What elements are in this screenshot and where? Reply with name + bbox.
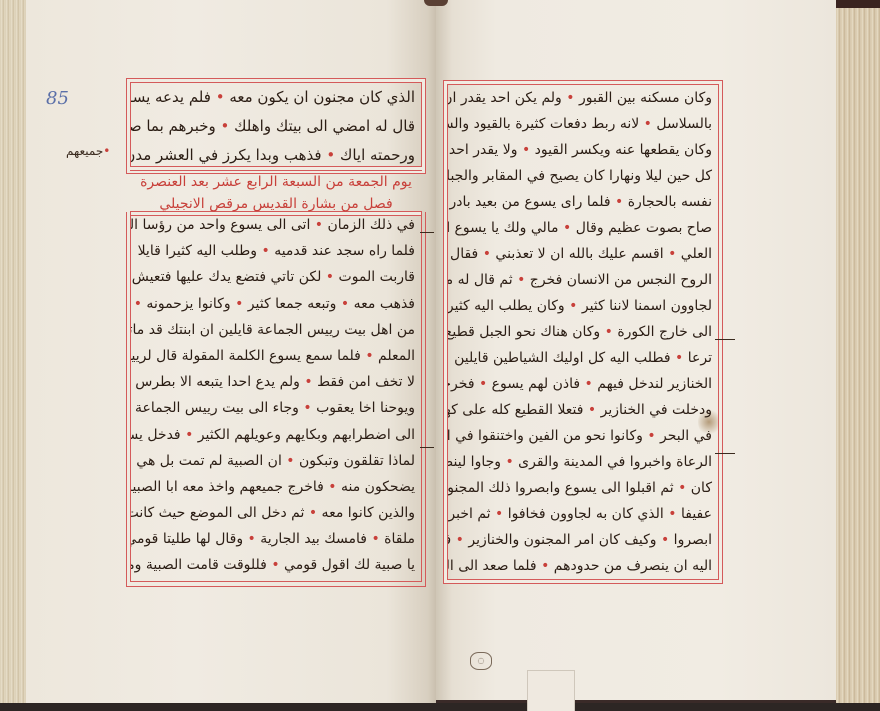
text-line: صاح بصوت عظيم وقال • مالي ولك يا يسوع اب… <box>448 215 718 241</box>
text-line: لماذا تقلقون وتبكون • ان الصبية لم تمت ب… <box>131 448 421 474</box>
text-line: وكان مسكنه بين القبور • ولم يكن احد يقدر… <box>448 85 718 111</box>
text-line: كان • ثم اقبلوا الى يسوع وابصروا ذلك الم… <box>448 475 718 501</box>
text-line: يا صبية لك اقول قومي • فللوقت قامت الصبي… <box>131 552 421 578</box>
verse-divider-mark: • <box>326 269 334 285</box>
verse-divider-mark: • <box>328 479 336 495</box>
verse-divider-mark: • <box>675 350 683 366</box>
background-surface <box>0 703 880 711</box>
left-top-text-block: الذي كان مجنون ان يكون معه • فلم يدعه يس… <box>130 82 422 170</box>
text-line: ورحمته اياك • فذهب وبدا يكرز في العشر مد… <box>131 141 421 170</box>
margin-stroke <box>715 339 735 340</box>
verse-divider-mark: • <box>678 480 686 496</box>
text-line: من اهل بيت رييس الجماعة قايلين ان ابنتك … <box>131 317 421 343</box>
right-page-edges <box>836 8 880 711</box>
text-line: يضحكون منه • فاخرج جميعهم واخذ معه ابا ا… <box>131 474 421 500</box>
text-line: الرعاة واخبروا في المدينة والقرى • وجاوا… <box>448 449 718 475</box>
text-line: ودخلت في الخنازير • فتعلا القطيع كله على… <box>448 397 718 423</box>
text-line: نفسه بالحجارة • فلما راى يسوع من بعيد با… <box>448 189 718 215</box>
verse-divider-mark: • <box>605 324 613 340</box>
verse-divider-mark: • <box>563 220 571 236</box>
verse-divider-mark: • <box>448 350 450 366</box>
verse-divider-mark: • <box>585 376 593 392</box>
library-stamp: ◌ <box>470 652 492 670</box>
verse-divider-mark: • <box>588 402 596 418</box>
rubric-line: يوم الجمعة من السبعة الرابع عشر بعد العن… <box>130 171 422 193</box>
text-line: ابصروا • وكيف كان امر المجنون والخنازير … <box>448 527 718 553</box>
frame-rule <box>126 586 426 587</box>
text-line: العلي • اقسم عليك بالله ان لا تعذبني • ف… <box>448 241 718 267</box>
verse-divider-mark: • <box>286 453 294 469</box>
verse-divider-mark: • <box>185 427 193 443</box>
text-line: وكان يقطعها عنه ويكسر القيود • ولا يقدر … <box>448 137 718 163</box>
text-line: لا تخف امن فقط • ولم يدع احدا يتبعه الا … <box>131 369 421 395</box>
text-line: ويوحنا اخا يعقوب • وجاء الى بيت رييس الج… <box>131 395 421 421</box>
verse-divider-mark: • <box>522 142 530 158</box>
verse-divider-mark: • <box>615 194 623 210</box>
text-line: كل حين ليلا ونهارا كان يصيح في المقابر و… <box>448 163 718 189</box>
text-line: فذهب معه • وتبعه جمعا كثير • وكانوا يزحم… <box>131 291 421 317</box>
verse-divider-mark: • <box>303 400 311 416</box>
text-line: والذين كانوا معه • ثم دخل الى الموضع حيث… <box>131 500 421 526</box>
text-line: فلما راه سجد عند قدميه • وطلب اليه كثيرا… <box>131 238 421 264</box>
verse-divider-mark: • <box>644 116 652 132</box>
verse-divider-mark: • <box>304 374 312 390</box>
verse-divider-mark: • <box>456 532 464 548</box>
verse-divider-mark: • <box>647 428 655 444</box>
text-line: الى خارج الكورة • وكان هناك نحو الجبل قط… <box>448 319 718 345</box>
verse-divider-mark: • <box>235 296 243 312</box>
frame-rule <box>126 212 127 587</box>
text-line: في ذلك الزمان • اتى الى يسوع واحد من رؤس… <box>131 212 421 238</box>
verse-divider-mark: • <box>371 531 379 547</box>
verse-divider-mark: • <box>341 296 349 312</box>
text-line: لجاوون اسمنا لاننا كثير • وكان يطلب اليه… <box>448 293 718 319</box>
verse-divider-mark: • <box>495 506 503 522</box>
verse-divider-mark: • <box>505 454 513 470</box>
verse-divider-mark: • <box>668 246 676 262</box>
text-line: الذي كان مجنون ان يكون معه • فلم يدعه يس… <box>131 83 421 112</box>
verse-divider-mark: • <box>517 272 525 288</box>
text-line: عفيفا • الذي كان به لجاوون فخافوا • ثم ا… <box>448 501 718 527</box>
text-line: قاربت الموت • لكن تاتي فتضع يدك عليها فت… <box>131 264 421 290</box>
frame-rule <box>425 212 426 587</box>
text-line: في البحر • وكانوا نحو من الفين واختنقوا … <box>448 423 718 449</box>
verse-divider-mark: • <box>131 243 133 259</box>
folio-number: 85 <box>46 88 69 109</box>
verse-divider-mark: • <box>134 296 142 312</box>
rubric-heading: يوم الجمعة من السبعة الرابع عشر بعد العن… <box>130 170 422 212</box>
verse-divider-mark: • <box>569 298 577 314</box>
margin-stroke <box>420 232 434 233</box>
text-line: الروح النجس من الانسان فخرج • ثم قال له … <box>448 267 718 293</box>
verse-divider-mark: • <box>566 90 574 106</box>
manuscript-spread: 85 •جميعهم الذي كان مجنون ان يكون معه • … <box>0 0 880 711</box>
text-line: ترعا • فطلب اليه كل اوليك الشياطين قايلي… <box>448 345 718 371</box>
margin-stroke <box>420 447 434 448</box>
verse-divider-mark: • <box>261 243 269 259</box>
verse-divider-mark: • <box>541 558 549 574</box>
verse-divider-mark: • <box>479 376 487 392</box>
verse-divider-mark: • <box>309 505 317 521</box>
verse-divider-mark: • <box>661 532 669 548</box>
catchword: •جميعهم <box>66 144 110 158</box>
text-line: المعلم • فلما سمع يسوع الكلمة المقولة قا… <box>131 343 421 369</box>
verse-divider-mark: • <box>326 146 335 164</box>
verse-divider-mark: • <box>365 348 373 364</box>
left-body-text-block: في ذلك الزمان • اتى الى يسوع واحد من رؤس… <box>130 212 422 582</box>
left-page-edges <box>0 0 28 705</box>
margin-stroke <box>715 453 735 454</box>
binding-spine <box>424 0 448 6</box>
text-line: ملقاة • فامسك بيد الجارية • وقال لها طلي… <box>131 526 421 552</box>
text-line: بالسلاسل • لانه ربط دفعات كثيرة بالقيود … <box>448 111 718 137</box>
right-body-text-block: وكان مسكنه بين القبور • ولم يكن احد يقدر… <box>447 84 719 580</box>
verse-divider-mark: • <box>315 217 323 233</box>
text-line: الى اضطرابهم وبكايهم وعويلهم الكثير • فد… <box>131 422 421 448</box>
verse-divider-mark: • <box>271 557 279 573</box>
paper-slip <box>527 670 575 711</box>
verse-divider-mark: • <box>483 246 491 262</box>
text-line: قال له امضي الى بيتك واهلك • وخبرهم بما … <box>131 112 421 141</box>
text-line: اليه ان ينصرف من حدودهم • فلما صعد الى ا… <box>448 553 718 579</box>
text-line: الخنازير لندخل فيهم • فاذن لهم يسوع • فخ… <box>448 371 718 397</box>
verse-divider-mark: • <box>668 506 676 522</box>
verse-divider-mark: • <box>248 531 256 547</box>
verse-divider-mark: • <box>216 88 225 106</box>
verse-divider-mark: • <box>221 117 230 135</box>
